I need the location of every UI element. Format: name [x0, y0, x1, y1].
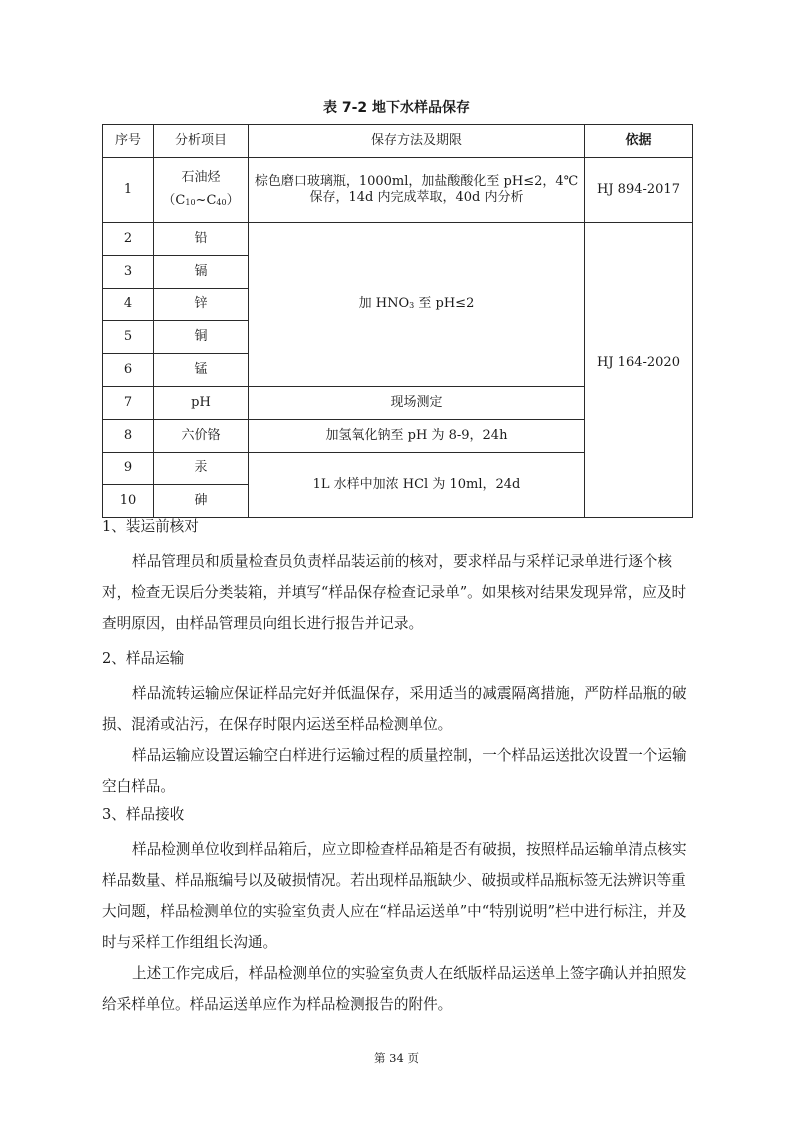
table-row: 1 石油烃 （C10~C40） 棕色磨口玻璃瓶，1000ml，加盐酸酸化至 pH… — [103, 158, 693, 223]
section-2-paragraph-1: 样品流转运输应保证样品完好并低温保存，采用适当的减震隔离措施，严防样品瓶的破损、… — [102, 678, 692, 740]
cell-no: 1 — [103, 158, 154, 223]
cell-method: 现场测定 — [249, 386, 585, 419]
section-heading-3: 3、样品接收 — [102, 803, 184, 824]
section-2-paragraph-2: 样品运输应设置运输空白样进行运输过程的质量控制，一个样品运送批次设置一个运输空白… — [102, 740, 692, 802]
cell-basis-merged: HJ 164-2020 — [585, 223, 693, 518]
table-row: 2 铅 加 HNO3 至 pH≤2 HJ 164-2020 — [103, 223, 693, 256]
cell-method-metals: 加 HNO3 至 pH≤2 — [249, 223, 585, 387]
cell-method: 加氢氧化钠至 pH 为 8-9，24h — [249, 419, 585, 452]
cell-item: 铜 — [154, 321, 249, 354]
cell-item: 铅 — [154, 223, 249, 256]
cell-method-hg-as: 1L 水样中加浓 HCl 为 10ml，24d — [249, 452, 585, 518]
table-caption: 表 7-2 地下水样品保存 — [0, 97, 793, 117]
section-1-paragraph-1: 样品管理员和质量检查员负责样品装运前的核对，要求样品与采样记录单进行逐个核对，检… — [102, 546, 692, 639]
cell-no: 5 — [103, 321, 154, 354]
cell-no: 10 — [103, 485, 154, 518]
cell-no: 3 — [103, 255, 154, 288]
item-range: （C10~C40） — [158, 190, 244, 214]
cell-no: 8 — [103, 419, 154, 452]
header-basis: 依据 — [585, 125, 693, 158]
cell-item: 石油烃 （C10~C40） — [154, 158, 249, 223]
header-item: 分析项目 — [154, 125, 249, 158]
item-name: 石油烃 — [158, 166, 244, 190]
cell-item: 砷 — [154, 485, 249, 518]
sample-preservation-table: 序号 分析项目 保存方法及期限 依据 1 石油烃 （C10~C40） 棕色磨口玻… — [102, 124, 693, 518]
cell-no: 9 — [103, 452, 154, 485]
cell-no: 2 — [103, 223, 154, 256]
method-line-2: 保存，14d 内完成萃取，40d 内分析 — [253, 190, 580, 206]
cell-item: 锌 — [154, 288, 249, 321]
table-header-row: 序号 分析项目 保存方法及期限 依据 — [103, 125, 693, 158]
cell-basis: HJ 894-2017 — [585, 158, 693, 223]
page-number: 第 34 页 — [0, 1050, 793, 1066]
section-heading-2: 2、样品运输 — [102, 647, 184, 668]
cell-method: 棕色磨口玻璃瓶，1000ml，加盐酸酸化至 pH≤2，4℃ 保存，14d 内完成… — [249, 158, 585, 223]
cell-item: pH — [154, 386, 249, 419]
section-3-paragraph-2: 上述工作完成后，样品检测单位的实验室负责人在纸版样品运送单上签字确认并拍照发给采… — [102, 958, 692, 1020]
cell-item: 锰 — [154, 354, 249, 387]
cell-no: 4 — [103, 288, 154, 321]
section-3-paragraph-1: 样品检测单位收到样品箱后，应立即检查样品箱是否有破损，按照样品运输单清点核实样品… — [102, 834, 692, 958]
method-line-1: 棕色磨口玻璃瓶，1000ml，加盐酸酸化至 pH≤2，4℃ — [253, 174, 580, 190]
cell-item: 汞 — [154, 452, 249, 485]
cell-no: 6 — [103, 354, 154, 387]
header-method: 保存方法及期限 — [249, 125, 585, 158]
cell-no: 7 — [103, 386, 154, 419]
cell-item: 镉 — [154, 255, 249, 288]
section-heading-1: 1、装运前核对 — [102, 515, 199, 536]
cell-item: 六价铬 — [154, 419, 249, 452]
header-no: 序号 — [103, 125, 154, 158]
